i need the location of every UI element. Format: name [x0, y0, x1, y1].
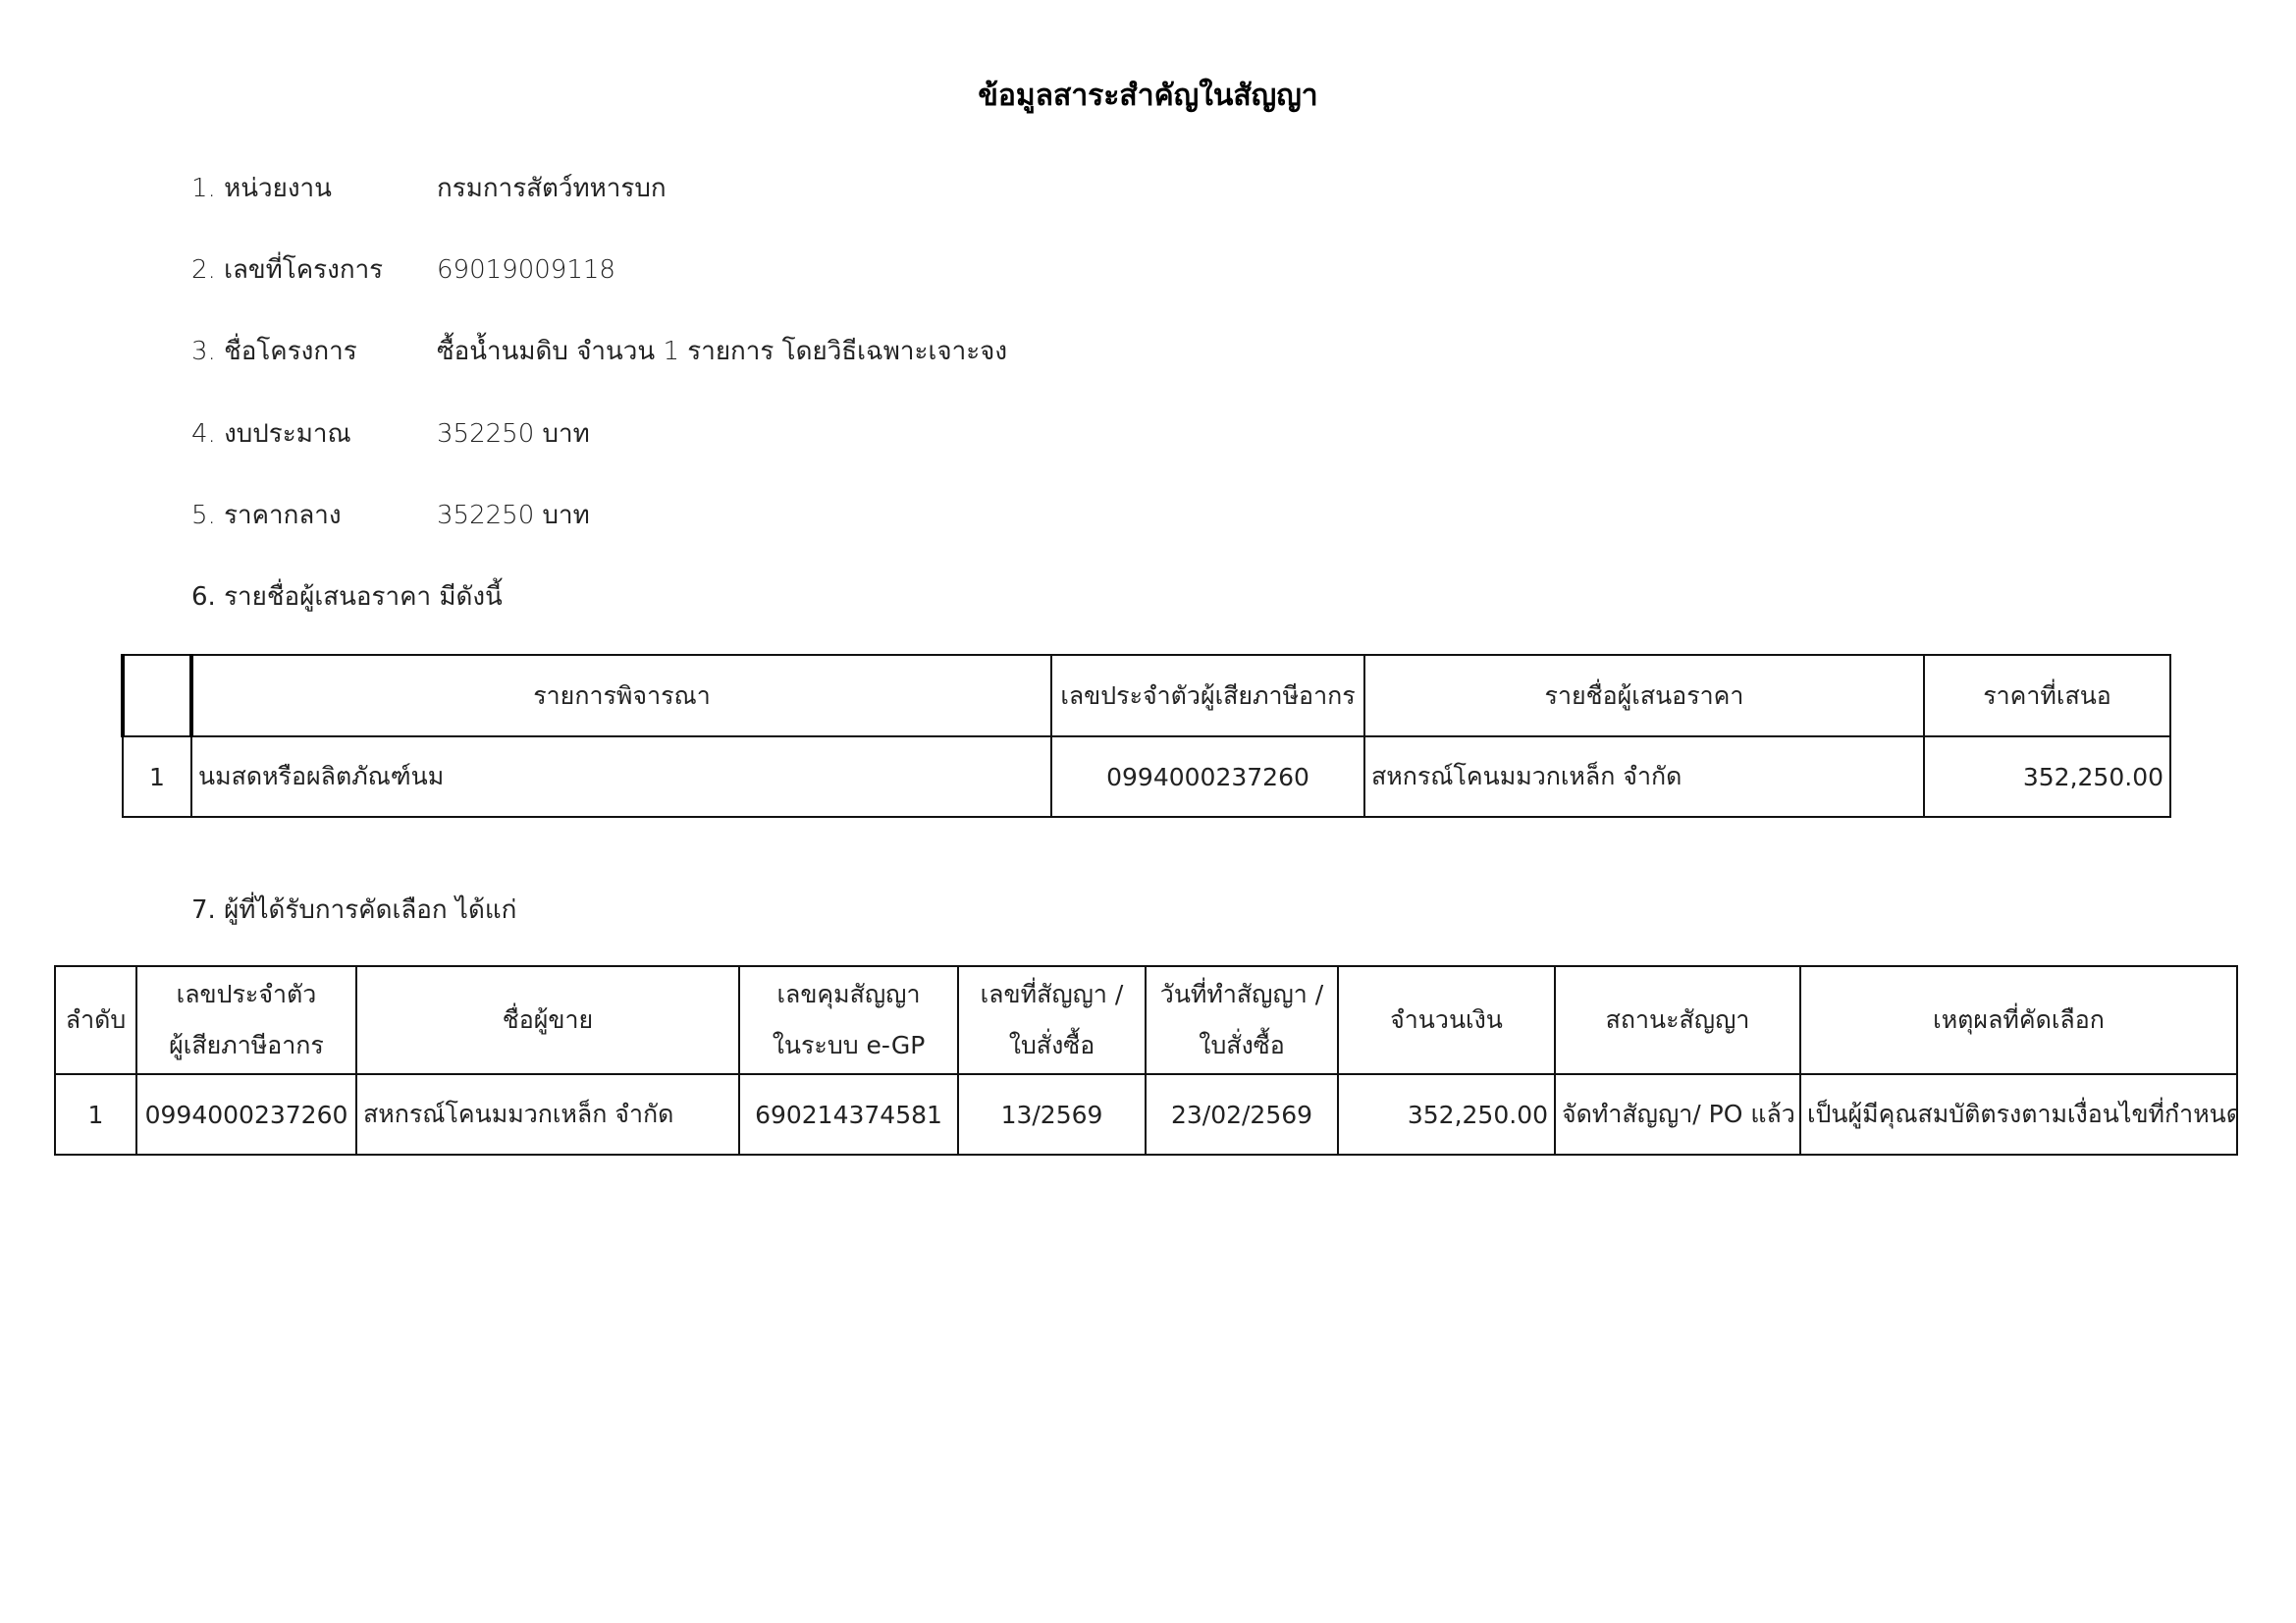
- column-header-no: [123, 655, 191, 736]
- cell-item: นมสดหรือผลิตภัณฑ์นม: [191, 736, 1051, 817]
- item-value: 352250 บาท: [437, 496, 590, 535]
- column-header-no: ลำดับ: [55, 966, 136, 1074]
- cell-bidder: สหกรณ์โคนมมวกเหล็ก จำกัด: [1364, 736, 1924, 817]
- item-value: 69019009118: [437, 250, 615, 290]
- item-label: 4. งบประมาณ: [191, 414, 351, 454]
- table-row: 1 0994000237260 สหกรณ์โคนมมวกเหล็ก จำกัด…: [55, 1074, 2237, 1155]
- item-label: 1. หน่วยงาน: [191, 169, 332, 208]
- section-6-heading: 6. รายชื่อผู้เสนอราคา มีดังนี้: [191, 577, 503, 617]
- cell-price: 352,250.00: [1924, 736, 2170, 817]
- cell-contract-date: 23/02/2569: [1146, 1074, 1338, 1155]
- document-title: ข้อมูลสาระสำคัญในสัญญา: [0, 73, 2296, 119]
- column-header-amount: จำนวนเงิน: [1338, 966, 1555, 1074]
- column-header-contract-date: วันที่ทำสัญญา /ใบสั่งซื้อ: [1146, 966, 1338, 1074]
- cell-reason: เป็นผู้มีคุณสมบัติตรงตามเงื่อนไขที่กำหนด: [1800, 1074, 2237, 1155]
- selected-vendor-table: ลำดับ เลขประจำตัวผู้เสียภาษีอากร ชื่อผู้…: [54, 965, 2238, 1156]
- cell-seller: สหกรณ์โคนมมวกเหล็ก จำกัด: [356, 1074, 739, 1155]
- item-value: ซื้อน้ำนมดิบ จำนวน 1 รายการ โดยวิธีเฉพาะ…: [437, 332, 1007, 371]
- column-header-item: รายการพิจารณา: [191, 655, 1051, 736]
- column-header-reason: เหตุผลที่คัดเลือก: [1800, 966, 2237, 1074]
- item-label: 2. เลขที่โครงการ: [191, 250, 383, 290]
- table-header-row: ลำดับ เลขประจำตัวผู้เสียภาษีอากร ชื่อผู้…: [55, 966, 2237, 1074]
- cell-tax-id: 0994000237260: [136, 1074, 356, 1155]
- table-header-row: รายการพิจารณา เลขประจำตัวผู้เสียภาษีอากร…: [123, 655, 2170, 736]
- item-value: กรมการสัตว์ทหารบก: [437, 169, 667, 208]
- cell-tax-id: 0994000237260: [1051, 736, 1364, 817]
- cell-egp-number: 690214374581: [739, 1074, 958, 1155]
- cell-no: 1: [123, 736, 191, 817]
- cell-no: 1: [55, 1074, 136, 1155]
- item-value: 352250 บาท: [437, 414, 590, 454]
- table-row: 1 นมสดหรือผลิตภัณฑ์นม 0994000237260 สหกร…: [123, 736, 2170, 817]
- column-header-seller: ชื่อผู้ขาย: [356, 966, 739, 1074]
- bidders-table: รายการพิจารณา เลขประจำตัวผู้เสียภาษีอากร…: [121, 654, 2171, 818]
- section-7-heading: 7. ผู้ที่ได้รับการคัดเลือก ได้แก่: [191, 891, 516, 930]
- column-header-egp-number: เลขคุมสัญญาในระบบ e-GP: [739, 966, 958, 1074]
- cell-status: จัดทำสัญญา/ PO แล้ว: [1555, 1074, 1800, 1155]
- cell-amount: 352,250.00: [1338, 1074, 1555, 1155]
- column-header-tax-id: เลขประจำตัวผู้เสียภาษีอากร: [1051, 655, 1364, 736]
- column-header-bidder: รายชื่อผู้เสนอราคา: [1364, 655, 1924, 736]
- column-header-tax-id: เลขประจำตัวผู้เสียภาษีอากร: [136, 966, 356, 1074]
- column-header-price: ราคาที่เสนอ: [1924, 655, 2170, 736]
- item-label: 3. ชื่อโครงการ: [191, 332, 357, 371]
- item-label: 5. ราคากลาง: [191, 496, 342, 535]
- column-header-status: สถานะสัญญา: [1555, 966, 1800, 1074]
- column-header-contract-number: เลขที่สัญญา /ใบสั่งซื้อ: [958, 966, 1146, 1074]
- cell-contract-number: 13/2569: [958, 1074, 1146, 1155]
